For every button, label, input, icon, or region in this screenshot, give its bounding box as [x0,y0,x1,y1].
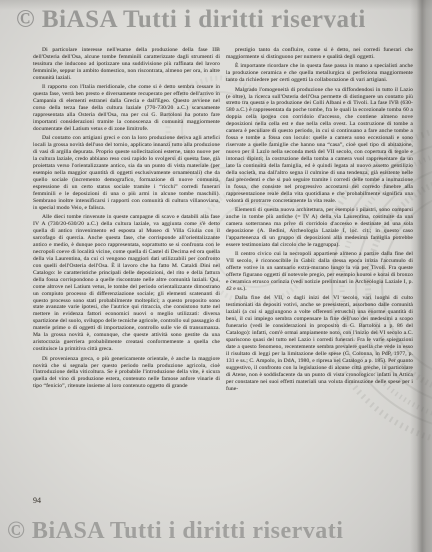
text-column-left: Di particolare interesse nell'esame dell… [33,47,220,390]
paragraph: prestigio tanto da confluire, come si è … [226,47,413,61]
page-number: 94 [33,496,41,505]
paragraph: Il rapporto con l'Italia meridionale, ch… [33,84,220,133]
text-column-right: prestigio tanto da confluire, come si è … [226,47,413,393]
scanned-book-page: © BiASA Tutti i diritti riservati © BiAS… [0,0,432,552]
copyright-watermark-bottom: © BiASA Tutti i diritti riservati [7,518,343,545]
paragraph: Elementi di questa nuova architettura, p… [226,207,413,249]
paragraph: Dal contatto con artigiani greci e con l… [33,135,220,211]
paragraph: Malgrado l'omogeneità di produzione che … [226,87,413,205]
paragraph: Il centro civico cui la necropoli appart… [226,251,413,293]
page-edge-shadow [410,0,432,552]
copyright-watermark-top: © BiASA Tutti i diritti riservati [16,6,366,34]
paragraph: Dalla fine del VII, o dagli inizi del VI… [226,295,413,392]
paragraph: Di provenienza greca, o più genericament… [33,356,220,391]
paragraph: Di particolare interesse nell'esame dell… [33,47,220,82]
paragraph: È importante ricordare che in questa fas… [226,63,413,84]
paragraph: Alle dieci tombe rinvenute in queste cam… [33,214,220,353]
